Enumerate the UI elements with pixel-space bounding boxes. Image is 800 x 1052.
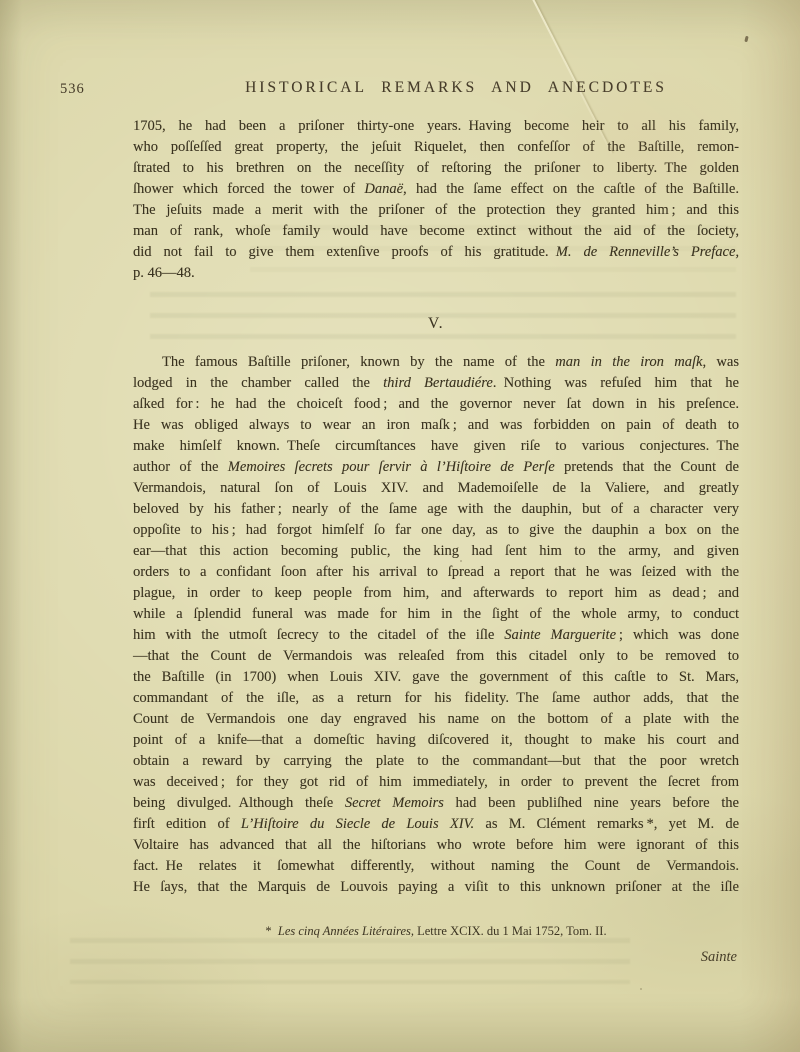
text-line: was deceived ; for they got rid of him i… bbox=[133, 772, 739, 793]
text-line: make himſelf known. Theſe circumſtances … bbox=[133, 436, 739, 457]
text-line: ſtrated to his brethren on the neceſſity… bbox=[133, 158, 739, 179]
text-line: the Baſtille (in 1700) when Louis XIV. g… bbox=[133, 667, 739, 688]
section-heading: V. bbox=[133, 313, 739, 334]
text-line: who poſſeſſed great property, the jeſuit… bbox=[133, 137, 739, 158]
text-line: fact. He relates it ſomewhat differently… bbox=[133, 856, 739, 877]
book-page: 536 HISTORICAL REMARKS AND ANECDOTES 170… bbox=[0, 0, 800, 1052]
paragraph-iron-mask: The famous Baſtille priſoner, known by t… bbox=[133, 352, 739, 898]
text-line: obtain a reward by carrying the plate to… bbox=[133, 751, 739, 772]
text-line: Count de Vermandois one day engraved his… bbox=[133, 709, 739, 730]
text-line: orders to a confidant ſoon after his arr… bbox=[133, 562, 739, 583]
text-line: He was obliged always to wear an iron ma… bbox=[133, 415, 739, 436]
text-line: being divulged. Although theſe Secret Me… bbox=[133, 793, 739, 814]
text-line: while a ſplendid funeral was made for hi… bbox=[133, 604, 739, 625]
text-line: ſhower which forced the tower of Danaë, … bbox=[133, 179, 739, 200]
text-line: point of a knife—that a domeſtic having … bbox=[133, 730, 739, 751]
text-line: —that the Count de Vermandois was releaſ… bbox=[133, 646, 739, 667]
text-line: commandant of the iſle, as a return for … bbox=[133, 688, 739, 709]
text-line: firſt edition of L’Hiſtoire du Siecle de… bbox=[133, 814, 739, 835]
text-line: him with the utmoſt ſecrecy to the citad… bbox=[133, 625, 739, 646]
paragraph-renneville: 1705, he had been a priſoner thirty-one … bbox=[133, 116, 739, 284]
text-column: 1705, he had been a priſoner thirty-one … bbox=[133, 116, 739, 1026]
text-line: man of rank, whoſe family would have bec… bbox=[133, 221, 739, 242]
paper-speck bbox=[744, 36, 748, 43]
catchword: Sainte bbox=[701, 949, 737, 966]
text-line: The famous Baſtille priſoner, known by t… bbox=[133, 352, 739, 373]
text-line: Vermandois, natural ſon of Louis XIV. an… bbox=[133, 478, 739, 499]
text-line: ear—that this action becoming public, th… bbox=[133, 541, 739, 562]
text-line: author of the Memoires ſecrets pour ſerv… bbox=[133, 457, 739, 478]
text-line: 1705, he had been a priſoner thirty-one … bbox=[133, 116, 739, 137]
text-line: The jeſuits made a merit with the priſon… bbox=[133, 200, 739, 221]
text-line: beloved by his father ; nearly of the ſa… bbox=[133, 499, 739, 520]
text-line: Voltaire has advanced that all the hiſto… bbox=[133, 835, 739, 856]
text-line: did not fail to give them extenſive proo… bbox=[133, 242, 739, 263]
text-line: oppoſite to his ; had forgot himſelf ſo … bbox=[133, 520, 739, 541]
text-line: plague, in order to keep people from him… bbox=[133, 583, 739, 604]
page-number: 536 bbox=[60, 81, 85, 98]
footnote: * Les cinq Années Litéraires, Lettre XCI… bbox=[133, 923, 739, 939]
text-line: aſked for : he had the choiceſt food ; a… bbox=[133, 394, 739, 415]
running-header: HISTORICAL REMARKS AND ANECDOTES bbox=[245, 79, 667, 97]
text-line: lodged in the chamber called the third B… bbox=[133, 373, 739, 394]
text-line: p. 46—48. bbox=[133, 263, 739, 284]
text-line: He ſays, that the Marquis de Louvois pay… bbox=[133, 877, 739, 898]
